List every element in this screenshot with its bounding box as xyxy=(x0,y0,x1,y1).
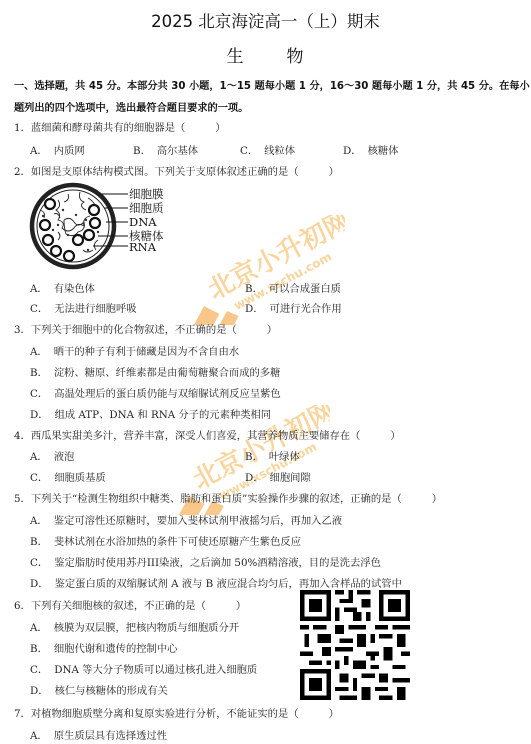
option-text: 淀粉、糖原、纤维素都是由葡萄糖聚合而成的多糖 xyxy=(54,367,281,379)
question-stem: 如图是支原体结构模式图。下列关于支原体叙述正确的是（ xyxy=(31,166,299,178)
option-text: 无法进行细胞呼吸 xyxy=(54,303,136,315)
option-text: 内质网 xyxy=(54,145,85,157)
option-text: 原生质层具有选择透过性 xyxy=(54,730,167,742)
option-label: D． xyxy=(245,303,264,315)
q6-option-b[interactable]: B．细胞代谢和遗传的控制中心 xyxy=(30,640,177,655)
question-2: 2．如图是支原体结构模式图。下列关于支原体叙述正确的是（） xyxy=(14,163,339,178)
option-text: 有染色体 xyxy=(54,283,95,295)
option-label: A． xyxy=(30,451,48,463)
option-text: 可进行光合作用 xyxy=(270,303,342,315)
q4-option-c[interactable]: C．细胞质基质 xyxy=(30,469,106,484)
option-text: 斐林试剂在水浴加热的条件下可使还原糖产生紫色反应 xyxy=(54,536,301,548)
option-text: 细胞质基质 xyxy=(54,472,105,484)
qr-code[interactable] xyxy=(300,590,410,700)
q4-option-a[interactable]: A．液泡 xyxy=(30,448,74,463)
diagram-labels: 细胞膜 细胞质 DNA 核糖体 RNA xyxy=(129,187,164,254)
question-4: 4．西瓜果实甜美多汁，营养丰富，深受人们喜爱，其营养物质主要储存在（） xyxy=(14,427,401,442)
q1-option-a[interactable]: A．内质网 xyxy=(30,142,85,157)
q3-option-b[interactable]: B．淀粉、糖原、纤维素都是由葡萄糖聚合而成的多糖 xyxy=(30,364,280,379)
option-label: B． xyxy=(30,367,48,379)
label-cytoplasm: 细胞质 xyxy=(129,201,164,215)
paren-close: ） xyxy=(215,122,225,134)
option-label: A． xyxy=(30,515,48,527)
q4-option-d[interactable]: D．细胞间隙 xyxy=(245,469,311,484)
question-7: 7．对植物细胞质壁分离和复原实验进行分析，不能证实的是（） xyxy=(14,705,339,720)
q6-option-d[interactable]: D．核仁与核糖体的形成有关 xyxy=(30,682,168,697)
question-3: 3．下列关于细胞中的化合物叙述，不正确的是（） xyxy=(14,321,277,336)
question-number: 3． xyxy=(14,324,31,336)
q3-option-d[interactable]: D．组成 ATP、DNA 和 RNA 分子的元素种类相同 xyxy=(30,406,271,421)
option-text: 细胞代谢和遗传的控制中心 xyxy=(54,643,178,655)
option-label: D． xyxy=(343,145,362,157)
question-number: 1． xyxy=(14,122,31,134)
question-stem: 下列关于细胞中的化合物叙述，不正确的是（ xyxy=(31,324,237,336)
option-label: B． xyxy=(245,451,263,463)
question-1: 1．蓝细菌和酵母菌共有的细胞器是（） xyxy=(14,119,226,134)
q5-option-c[interactable]: C．鉴定脂肪时使用苏丹III染液，之后滴加 50%酒精溶液，目的是洗去浮色 xyxy=(30,554,381,569)
paren-close: ） xyxy=(267,324,277,336)
option-text: 核膜为双层膜，把核内物质与细胞质分开 xyxy=(54,622,239,634)
option-text: 核仁与核糖体的形成有关 xyxy=(55,685,168,697)
subject-title: 生物 xyxy=(0,42,531,67)
q5-option-a[interactable]: A．鉴定可溶性还原糖时，要加入斐林试剂甲液摇匀后，再加入乙液 xyxy=(30,512,342,527)
q2-option-c[interactable]: C．无法进行细胞呼吸 xyxy=(30,300,137,315)
option-text: 组成 ATP、DNA 和 RNA 分子的元素种类相同 xyxy=(55,409,272,421)
question-stem: 西瓜果实甜美多汁，营养丰富，深受人们喜爱，其营养物质主要储存在（ xyxy=(31,430,361,442)
option-text: 可以合成蛋白质 xyxy=(269,283,341,295)
option-text: 高尔基体 xyxy=(157,145,198,157)
section-line-1: 一、选择题，共 45 分。本部分共 30 小题，1～15 题每小题 1 分，16… xyxy=(14,76,524,98)
q1-option-b[interactable]: B．高尔基体 xyxy=(133,142,198,157)
q7-option-a[interactable]: A．原生质层具有选择透过性 xyxy=(30,727,167,742)
option-label: C． xyxy=(240,145,258,157)
option-text: 核糖体 xyxy=(368,145,399,157)
subject-char-1: 生 xyxy=(227,42,245,67)
question-number: 2． xyxy=(14,166,31,178)
q2-option-a[interactable]: A．有染色体 xyxy=(30,280,95,295)
option-text: 高温处理后的蛋白质仍能与双缩脲试剂反应呈紫色 xyxy=(54,388,281,400)
q5-option-b[interactable]: B．斐林试剂在水浴加热的条件下可使还原糖产生紫色反应 xyxy=(30,533,301,548)
label-cell-membrane: 细胞膜 xyxy=(129,187,164,201)
option-label: D． xyxy=(30,685,49,697)
question-stem: 下列有关细胞核的叙述，不正确的是（ xyxy=(31,600,206,612)
option-label: D． xyxy=(30,578,49,590)
paren-close: ） xyxy=(329,708,339,720)
question-number: 4． xyxy=(14,430,31,442)
option-text: 鉴定蛋白质的双缩脲试剂 A 液与 B 液应混合均匀后，再加入含样品的试管中 xyxy=(55,578,402,590)
label-dna: DNA xyxy=(129,215,164,229)
q6-option-a[interactable]: A．核膜为双层膜，把核内物质与细胞质分开 xyxy=(30,619,239,634)
option-label: C． xyxy=(30,664,48,676)
option-label: B． xyxy=(133,145,151,157)
option-text: 叶绿体 xyxy=(269,451,300,463)
document-title: 2025 北京海淀高一（上）期末 xyxy=(0,8,531,32)
q2-option-d[interactable]: D．可进行光合作用 xyxy=(245,300,342,315)
option-text: 晒干的种子有利于储藏是因为不含自由水 xyxy=(54,346,239,358)
paren-close: ） xyxy=(236,600,246,612)
option-text: 液泡 xyxy=(54,451,75,463)
option-label: C． xyxy=(30,388,48,400)
q1-option-d[interactable]: D．核糖体 xyxy=(343,142,398,157)
mycoplasma-diagram: 细胞膜 细胞质 DNA 核糖体 RNA xyxy=(28,180,178,270)
option-text: 鉴定可溶性还原糖时，要加入斐林试剂甲液摇匀后，再加入乙液 xyxy=(54,515,342,527)
q3-option-c[interactable]: C．高温处理后的蛋白质仍能与双缩脲试剂反应呈紫色 xyxy=(30,385,281,400)
question-5: 5．下列关于“检测生物组织中糖类、脂肪和蛋白质”实验操作步骤的叙述，正确的是（） xyxy=(14,490,442,505)
section-line-2: 题列出的四个选项中，选出最符合题目要求的一项。 xyxy=(14,98,524,120)
option-label: C． xyxy=(30,557,48,569)
option-label: A． xyxy=(30,622,48,634)
question-6: 6．下列有关细胞核的叙述，不正确的是（） xyxy=(14,597,246,612)
option-label: B． xyxy=(30,536,48,548)
question-stem: 对植物细胞质壁分离和复原实验进行分析，不能证实的是（ xyxy=(31,708,299,720)
question-number: 6． xyxy=(14,600,31,612)
q6-option-c[interactable]: C．DNA 等大分子物质可以通过核孔进入细胞质 xyxy=(30,661,257,676)
question-number: 5． xyxy=(14,493,31,505)
option-label: C． xyxy=(30,472,48,484)
option-text: 鉴定脂肪时使用苏丹III染液，之后滴加 50%酒精溶液，目的是洗去浮色 xyxy=(54,557,381,569)
q1-option-c[interactable]: C．线粒体 xyxy=(240,142,295,157)
subject-char-2: 物 xyxy=(287,42,305,67)
option-label: B． xyxy=(245,283,263,295)
option-label: A． xyxy=(30,346,48,358)
q5-option-d[interactable]: D．鉴定蛋白质的双缩脲试剂 A 液与 B 液应混合均匀后，再加入含样品的试管中 xyxy=(30,575,402,590)
q4-option-b[interactable]: B．叶绿体 xyxy=(245,448,300,463)
option-label: C． xyxy=(30,303,48,315)
option-label: A． xyxy=(30,730,48,742)
option-label: B． xyxy=(30,643,48,655)
paren-close: ） xyxy=(329,166,339,178)
question-number: 7． xyxy=(14,708,31,720)
q3-option-a[interactable]: A．晒干的种子有利于储藏是因为不含自由水 xyxy=(30,343,239,358)
option-label: D． xyxy=(30,409,49,421)
option-text: 细胞间隙 xyxy=(270,472,311,484)
option-text: 线粒体 xyxy=(264,145,295,157)
question-stem: 下列关于“检测生物组织中糖类、脂肪和蛋白质”实验操作步骤的叙述，正确的是（ xyxy=(31,493,402,505)
option-label: A． xyxy=(30,145,48,157)
question-stem: 蓝细菌和酵母菌共有的细胞器是（ xyxy=(31,122,185,134)
option-label: D． xyxy=(245,472,264,484)
section-instructions: 一、选择题，共 45 分。本部分共 30 小题，1～15 题每小题 1 分，16… xyxy=(14,76,524,120)
option-label: A． xyxy=(30,283,48,295)
option-text: DNA 等大分子物质可以通过核孔进入细胞质 xyxy=(54,664,257,676)
paren-close: ） xyxy=(390,430,400,442)
q2-option-b[interactable]: B．可以合成蛋白质 xyxy=(245,280,341,295)
paren-close: ） xyxy=(432,493,442,505)
